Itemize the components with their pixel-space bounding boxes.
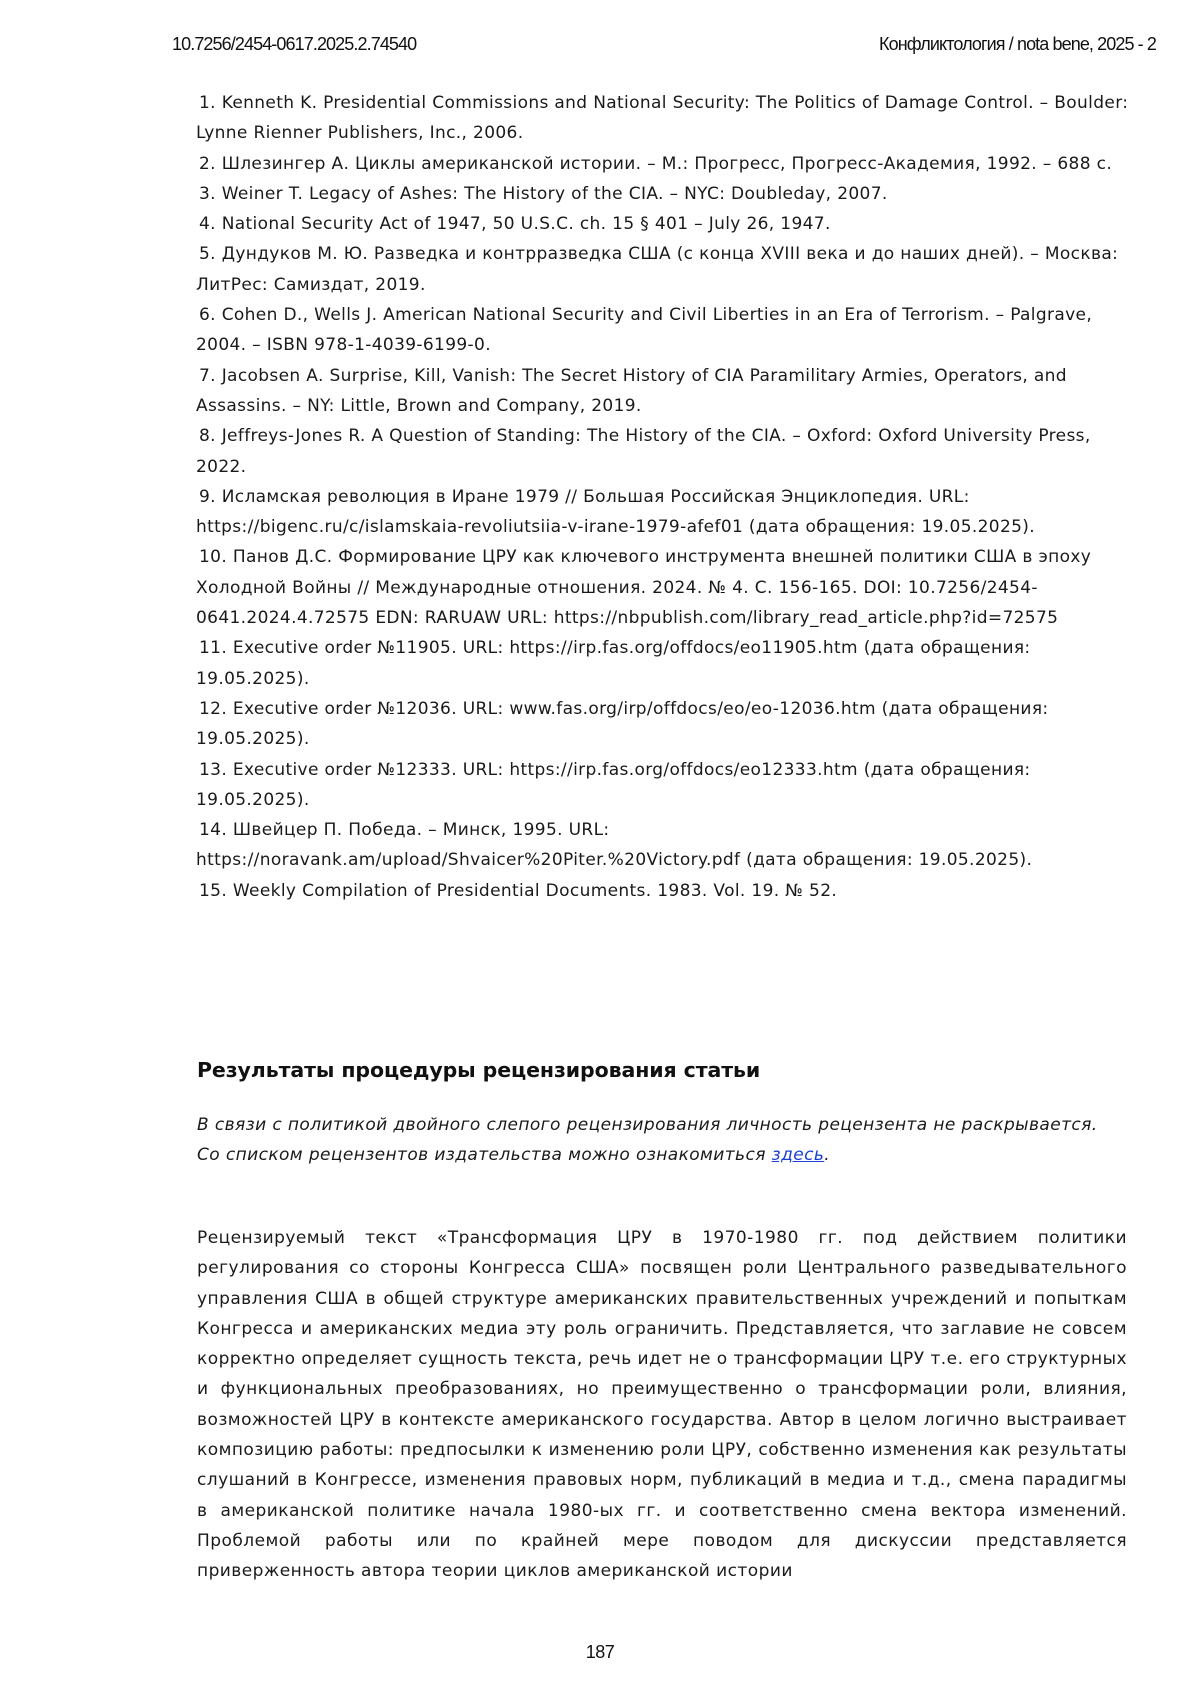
reference-item: 3. Weiner T. Legacy of Ashes: The Histor… <box>196 179 1136 209</box>
reference-item: 13. Executive order №12333. URL: https:/… <box>196 755 1136 816</box>
reference-text: Шлезингер А. Циклы американской истории.… <box>222 154 1112 174</box>
reference-item: 4. National Security Act of 1947, 50 U.S… <box>196 209 1136 239</box>
reference-item: 5. Дундуков М. Ю. Разведка и контрразвед… <box>196 239 1136 300</box>
reference-text: Executive order №12333. URL: https://irp… <box>196 760 1031 810</box>
reference-text: Jacobsen A. Surprise, Kill, Vanish: The … <box>196 366 1067 416</box>
reference-text: National Security Act of 1947, 50 U.S.C.… <box>222 214 831 234</box>
review-notice: В связи с политикой двойного слепого рец… <box>197 1110 1127 1171</box>
review-section-title: Результаты процедуры рецензирования стат… <box>197 1058 760 1082</box>
reference-number: 1. <box>199 93 216 113</box>
review-notice-suffix: . <box>824 1145 830 1165</box>
reference-number: 10. <box>199 547 227 567</box>
page-number: 187 <box>0 1642 1200 1663</box>
reference-item: 15. Weekly Compilation of Presidential D… <box>196 876 1136 906</box>
review-body: Рецензируемый текст «Трансформация ЦРУ в… <box>197 1223 1127 1587</box>
reference-text: Executive order №11905. URL: https://irp… <box>196 638 1031 688</box>
reference-number: 13. <box>199 760 227 780</box>
reference-text: Швейцер П. Победа. – Минск, 1995. URL: h… <box>196 820 1032 870</box>
reference-number: 12. <box>199 699 227 719</box>
reference-number: 6. <box>199 305 216 325</box>
reference-text: Исламская революция в Иране 1979 // Боль… <box>196 487 1035 537</box>
reference-number: 9. <box>199 487 216 507</box>
reference-item: 7. Jacobsen A. Surprise, Kill, Vanish: T… <box>196 361 1136 422</box>
header-journal: Конфликтология / nota bene, 2025 - 2 <box>879 34 1156 55</box>
reference-text: Панов Д.С. Формирование ЦРУ как ключевог… <box>196 547 1091 628</box>
reference-text: Weiner T. Legacy of Ashes: The History o… <box>222 184 888 204</box>
header-doi: 10.7256/2454-0617.2025.2.74540 <box>172 34 416 55</box>
reference-number: 4. <box>199 214 216 234</box>
reference-item: 9. Исламская революция в Иране 1979 // Б… <box>196 482 1136 543</box>
review-notice-line1: В связи с политикой двойного слепого рец… <box>197 1110 1127 1140</box>
reference-item: 12. Executive order №12036. URL: www.fas… <box>196 694 1136 755</box>
reference-number: 8. <box>199 426 216 446</box>
review-notice-prefix: Со списком рецензентов издательства можн… <box>197 1145 772 1165</box>
reference-text: Weekly Compilation of Presidential Docum… <box>233 881 837 901</box>
reference-item: 10. Панов Д.С. Формирование ЦРУ как ключ… <box>196 542 1136 633</box>
reference-item: 2. Шлезингер А. Циклы американской истор… <box>196 149 1136 179</box>
reference-item: 11. Executive order №11905. URL: https:/… <box>196 633 1136 694</box>
reference-text: Cohen D., Wells J. American National Sec… <box>196 305 1092 355</box>
reference-number: 5. <box>199 244 216 264</box>
reference-item: 1. Kenneth K. Presidential Commissions a… <box>196 88 1136 149</box>
review-notice-line2: Со списком рецензентов издательства можн… <box>197 1140 1127 1170</box>
page-header: 10.7256/2454-0617.2025.2.74540 Конфликто… <box>172 34 1156 55</box>
reference-item: 6. Cohen D., Wells J. American National … <box>196 300 1136 361</box>
reference-number: 3. <box>199 184 216 204</box>
reference-text: Дундуков М. Ю. Разведка и контрразведка … <box>196 244 1118 294</box>
reference-number: 2. <box>199 154 216 174</box>
reference-item: 14. Швейцер П. Победа. – Минск, 1995. UR… <box>196 815 1136 876</box>
reference-text: Kenneth K. Presidential Commissions and … <box>196 93 1128 143</box>
reference-number: 15. <box>199 881 227 901</box>
reference-item: 8. Jeffreys-Jones R. A Question of Stand… <box>196 421 1136 482</box>
references-list: 1. Kenneth K. Presidential Commissions a… <box>196 88 1136 906</box>
reference-number: 11. <box>199 638 227 658</box>
reference-number: 7. <box>199 366 216 386</box>
reviewers-list-link[interactable]: здесь <box>772 1145 825 1165</box>
reference-text: Jeffreys-Jones R. A Question of Standing… <box>196 426 1091 476</box>
reference-number: 14. <box>199 820 227 840</box>
reference-text: Executive order №12036. URL: www.fas.org… <box>196 699 1049 749</box>
